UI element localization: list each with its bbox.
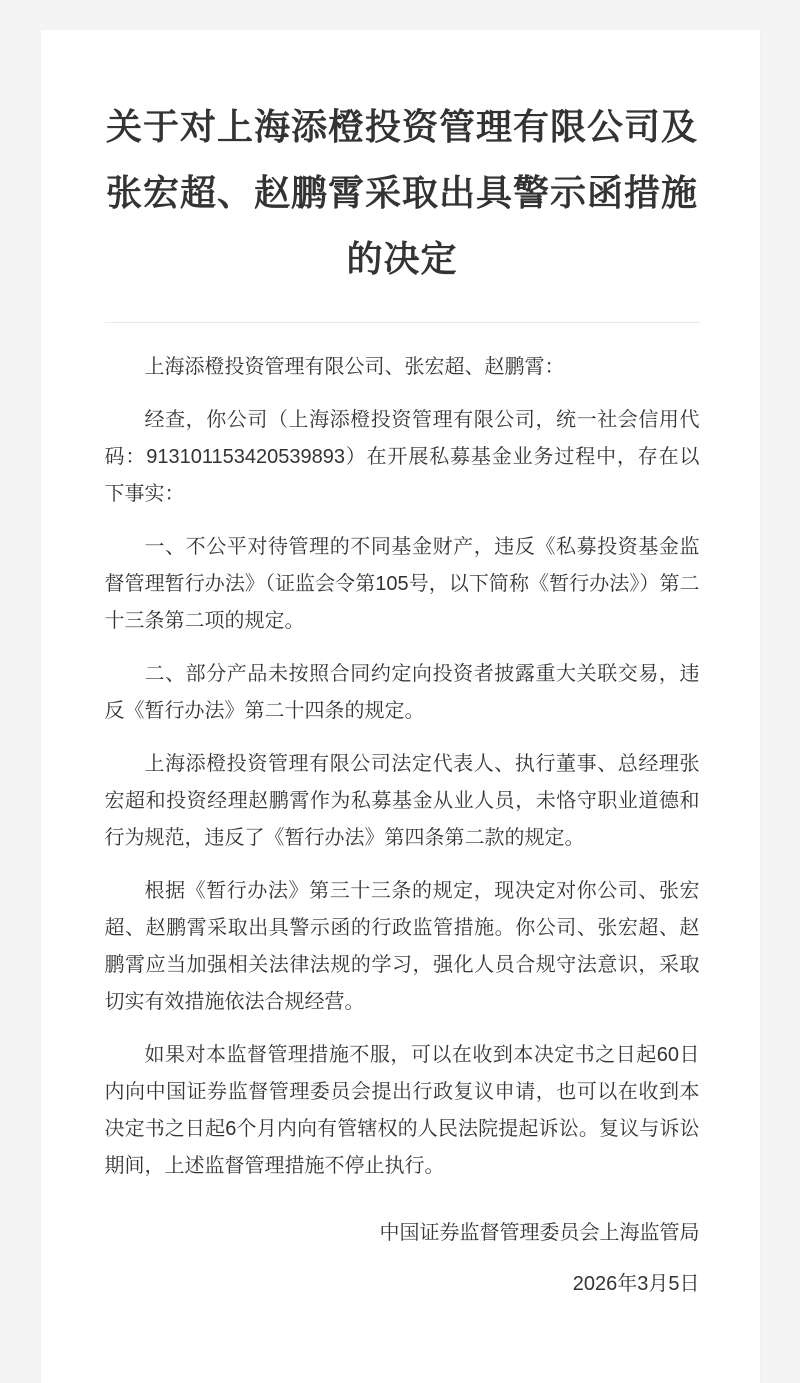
page-background: 关于对上海添橙投资管理有限公司及张宏超、赵鹏霄采取出具警示函措施的决定 上海添橙… (0, 0, 800, 1353)
signature-block: 中国证券监督管理委员会上海监管局 2026年3月5日 (105, 1215, 700, 1303)
paragraph-facts-intro: 经查，你公司（上海添橙投资管理有限公司，统一社会信用代码：91310115342… (105, 402, 700, 513)
document-title: 关于对上海添橙投资管理有限公司及张宏超、赵鹏霄采取出具警示函措施的决定 (105, 94, 700, 296)
document-body: 上海添橙投资管理有限公司、张宏超、赵鹏霄： 经查，你公司（上海添橙投资管理有限公… (105, 349, 700, 1185)
paragraph-personnel-violation: 上海添橙投资管理有限公司法定代表人、执行董事、总经理张宏超和投资经理赵鹏霄作为私… (105, 746, 700, 857)
issuing-authority: 中国证券监督管理委员会上海监管局 (105, 1215, 700, 1252)
paragraph-decision: 根据《暂行办法》第三十三条的规定，现决定对你公司、张宏超、赵鹏霄采取出具警示函的… (105, 873, 700, 1021)
paragraph-appeal-rights: 如果对本监督管理措施不服，可以在收到本决定书之日起60日内向中国证券监督管理委员… (105, 1037, 700, 1185)
paragraph-fact-2: 二、部分产品未按照合同约定向投资者披露重大关联交易，违反《暂行办法》第二十四条的… (105, 656, 700, 730)
issue-date: 2026年3月5日 (105, 1266, 700, 1303)
salutation: 上海添橙投资管理有限公司、张宏超、赵鹏霄： (105, 349, 700, 386)
title-divider (105, 322, 700, 323)
document-card: 关于对上海添橙投资管理有限公司及张宏超、赵鹏霄采取出具警示函措施的决定 上海添橙… (41, 30, 760, 1383)
paragraph-fact-1: 一、不公平对待管理的不同基金财产，违反《私募投资基金监督管理暂行办法》（证监会令… (105, 529, 700, 640)
